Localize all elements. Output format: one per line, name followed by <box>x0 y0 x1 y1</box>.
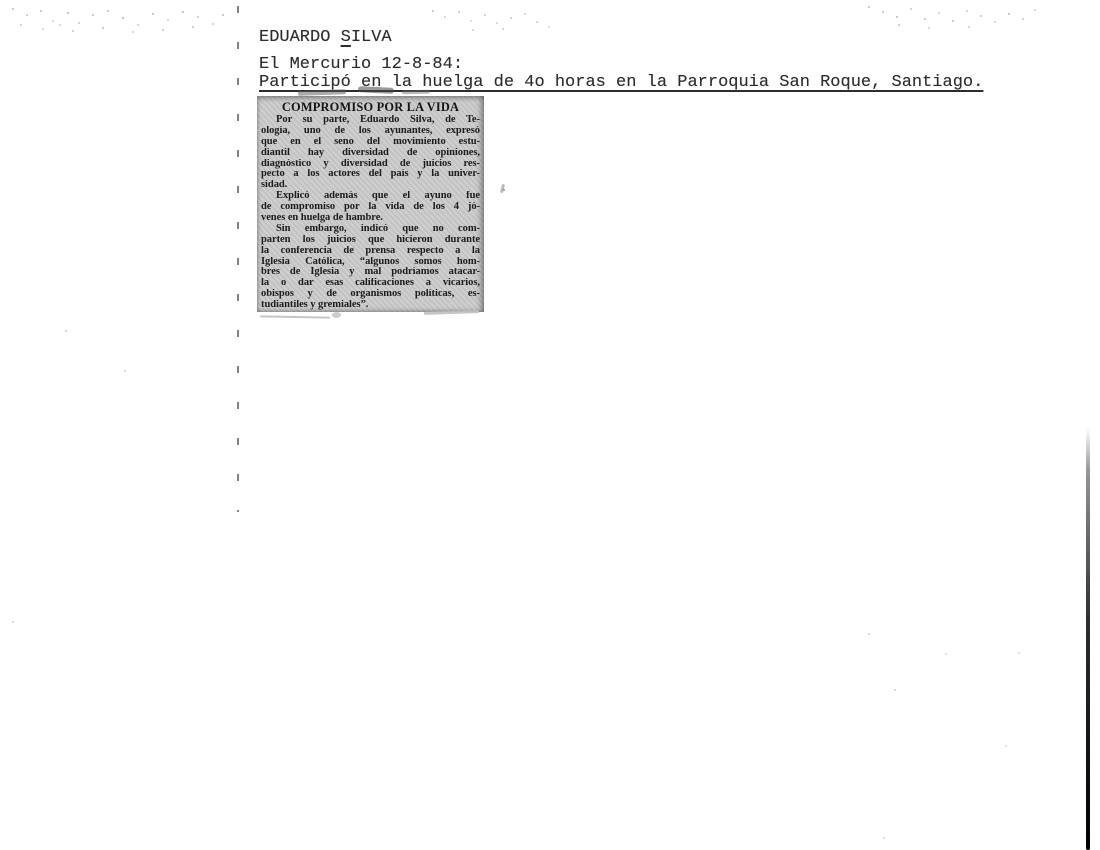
scan-noise-top-middle <box>432 10 434 12</box>
clipping-text-line: venes en huelga de hambre. <box>261 213 480 224</box>
clipping-body: Por su parte, Eduardo Silva, de Te-ologí… <box>261 115 480 311</box>
clipping-headline: COMPROMISO POR LA VIDA <box>261 100 480 114</box>
scan-noise-bottom-right <box>868 633 870 635</box>
scan-noise-top-right <box>868 6 870 8</box>
clipping-text-line: la o dar esas calificaciones a vicarios, <box>261 278 480 289</box>
clipping-text-line: obispos y de organismos políticas, es- <box>261 289 480 300</box>
clipping-text-line: que en el seno del movimiento estu- <box>261 137 480 148</box>
newspaper-clipping: COMPROMISO POR LA VIDA Por su parte, Edu… <box>257 96 484 312</box>
clipping-text-line: Sin embargo, indicó que no com- <box>261 224 480 235</box>
clipping-text-line: ología, uno de los ayunantes, expresó <box>261 126 480 137</box>
source-citation: El Mercurio 12-8-84: <box>259 55 463 75</box>
glue-smudge <box>402 90 430 94</box>
clipping-text-line: diagnóstico y diversidad de juicios res- <box>261 159 480 170</box>
person-name: EDUARDO SILVA <box>259 28 392 48</box>
pencil-mark <box>424 310 479 315</box>
scan-noise-left-margin <box>65 330 67 332</box>
stray-ink-mark <box>500 184 505 193</box>
clipping-text-line: bres de Iglesia y mal podríamos atacar- <box>261 267 480 278</box>
clipping-text-line: de compromiso por la vida de los 4 jó- <box>261 202 480 213</box>
scanned-page: EDUARDO SILVA El Mercurio 12-8-84: Parti… <box>0 0 1100 850</box>
clipping-text-line: pecto a los actores del país y la univer… <box>261 169 480 180</box>
clipping-text-line: tudiantiles y gremiales”. <box>261 300 480 311</box>
scan-edge-line <box>1086 428 1090 850</box>
person-name-pre: EDUARDO <box>259 28 341 47</box>
scan-noise-top-left <box>12 8 14 10</box>
clipping-text-line: Por su parte, Eduardo Silva, de Te- <box>261 115 480 126</box>
clipping-text-line: parten los juicios que hicieron durante <box>261 235 480 246</box>
person-name-rest: ILVA <box>351 28 392 47</box>
fold-crease-line <box>237 6 239 512</box>
clipping-text-line: Iglesia Católica, “algunos somos hom- <box>261 257 480 268</box>
clipping-text-line: Explicó además que el ayuno fue <box>261 191 480 202</box>
pencil-mark <box>260 315 330 318</box>
clipping-text-line: diantil hay diversidad de opiniones, <box>261 148 480 159</box>
clipping-text-line: sidad. <box>261 180 480 191</box>
person-name-underlined-initial: S <box>341 28 351 47</box>
clipping-text-line: la conferencia de prensa respecto a la <box>261 246 480 257</box>
glue-smudge <box>298 89 346 96</box>
pencil-mark <box>332 312 341 318</box>
